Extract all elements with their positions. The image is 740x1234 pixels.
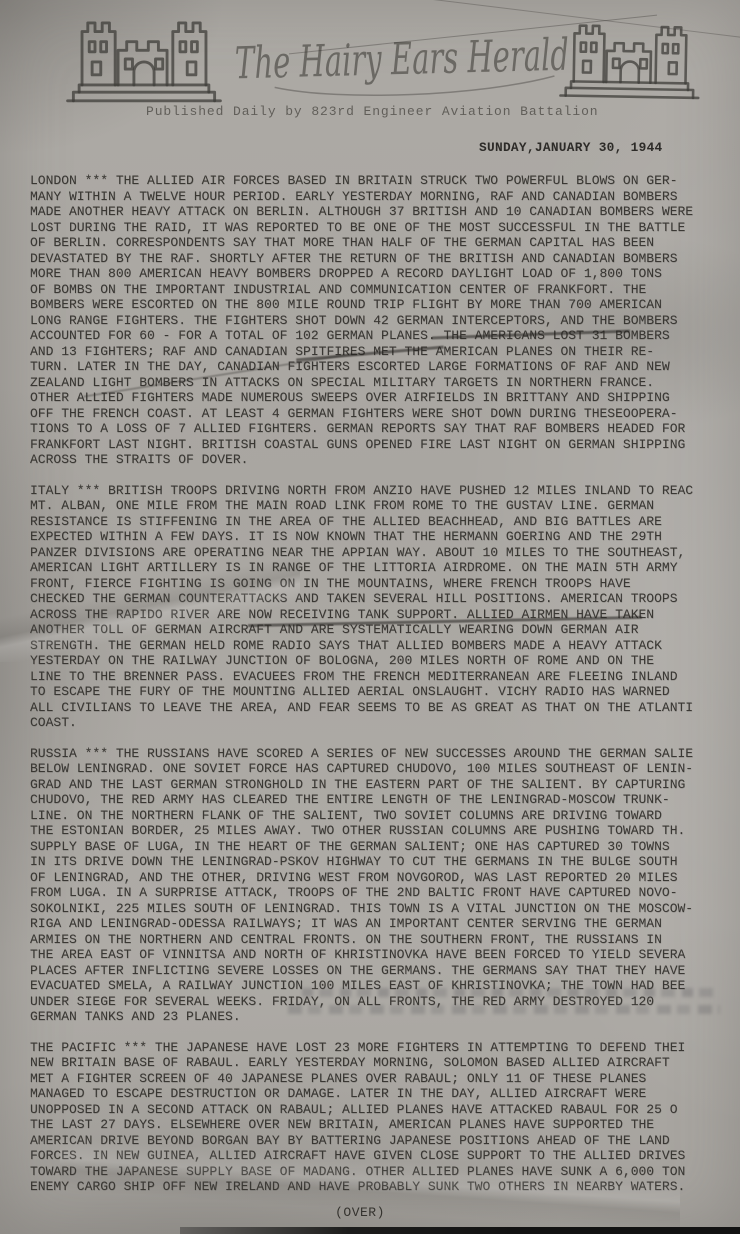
- article-london: LONDON *** THE ALLIED AIR FORCES BASED I…: [30, 173, 724, 468]
- newsletter-page: The Hairy Ears Herald Published Daily by…: [0, 0, 740, 1234]
- scan-edge-bar: [180, 1227, 740, 1234]
- date-line: SUNDAY,JANUARY 30, 1944: [479, 140, 663, 155]
- article-pacific: THE PACIFIC *** THE JAPANESE HAVE LOST 2…: [30, 1040, 724, 1195]
- article-italy: ITALY *** BRITISH TROOPS DRIVING NORTH F…: [30, 483, 724, 731]
- masthead-subtitle: Published Daily by 823rd Engineer Aviati…: [146, 104, 616, 119]
- masthead-title: The Hairy Ears Herald: [234, 30, 569, 90]
- newsletter-body: LONDON *** THE ALLIED AIR FORCES BASED I…: [30, 173, 724, 1210]
- engineer-castle-icon-left: [56, 10, 232, 108]
- article-russia: RUSSIA *** THE RUSSIANS HAVE SCORED A SE…: [30, 746, 724, 1025]
- masthead-title-script: The Hairy Ears Herald: [221, 7, 583, 114]
- engineer-castle-icon-right: [551, 7, 709, 112]
- over-footer: (OVER): [0, 1205, 720, 1220]
